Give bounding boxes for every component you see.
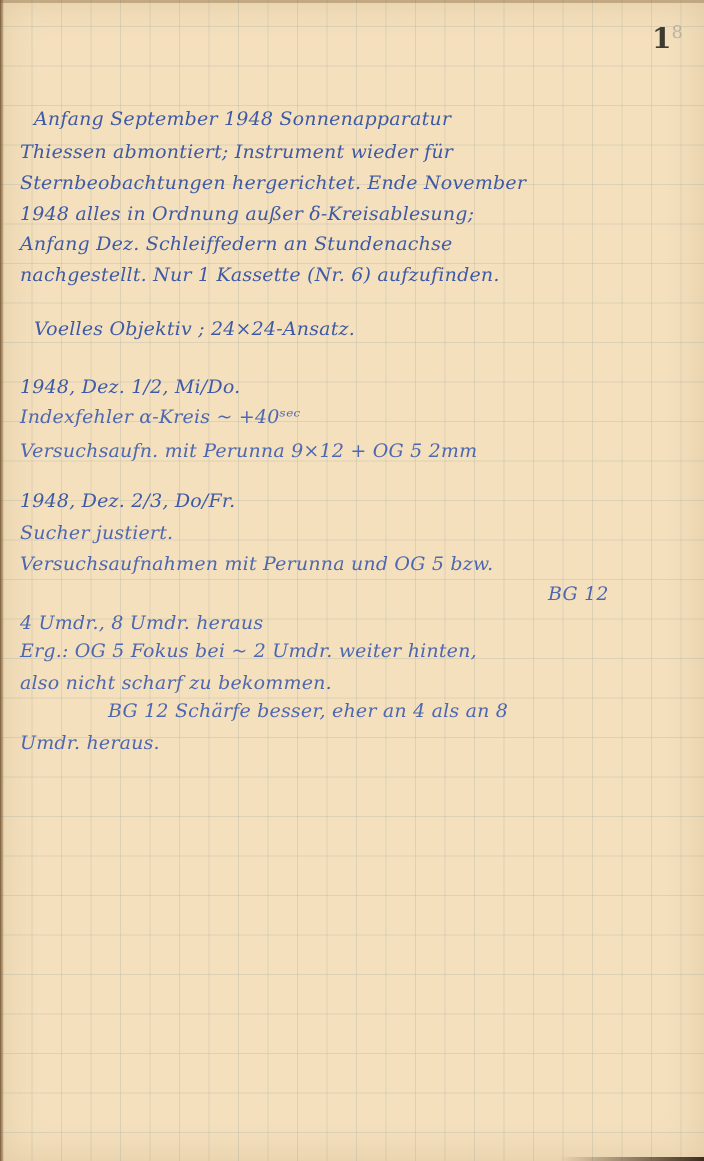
note-line: Indexfehler α-Kreis ~ +40ˢᵉᶜ (20, 406, 301, 428)
note-line: 1948 alles in Ordnung außer δ-Kreisables… (20, 203, 474, 225)
note-line: BG 12 (548, 583, 609, 605)
objective-note: Voelles Objektiv ; 24×24-Ansatz. (34, 318, 355, 340)
note-line: Versuchsaufnahmen mit Perunna und OG 5 b… (20, 553, 493, 575)
note-line: also nicht scharf zu bekommen. (20, 672, 332, 694)
note-line: Umdr. heraus. (20, 732, 160, 754)
note-line: Anfang Dez. Schleiffedern an Stundenachs… (20, 233, 452, 255)
note-line: Thiessen abmontiert; Instrument wieder f… (20, 141, 453, 163)
note-line: Versuchsaufn. mit Perunna 9×12 + OG 5 2m… (20, 440, 477, 462)
note-line: Sternbeobachtungen hergerichtet. Ende No… (20, 172, 526, 194)
note-line: Sucher justiert. (20, 522, 173, 544)
entry-date: 1948, Dez. 1/2, Mi/Do. (20, 376, 240, 398)
note-line: Erg.: OG 5 Fokus bei ~ 2 Umdr. weiter hi… (20, 640, 477, 662)
note-line: nachgestellt. Nur 1 Kassette (Nr. 6) auf… (20, 264, 500, 286)
note-line: 4 Umdr., 8 Umdr. heraus (20, 612, 263, 634)
note-line: Anfang September 1948 Sonnenapparatur (34, 108, 451, 130)
entry-date: 1948, Dez. 2/3, Do/Fr. (20, 490, 235, 512)
notebook-page: 18 Anfang September 1948 Sonnenapparatur… (0, 0, 704, 1161)
page-number: 18 (652, 22, 683, 55)
page-number-digit: 1 (652, 22, 671, 55)
page-bottom-shadow (560, 1157, 704, 1161)
note-line: BG 12 Schärfe besser, eher an 4 als an 8 (108, 700, 508, 722)
page-top-edge (0, 0, 704, 3)
page-binding-edge (0, 0, 4, 1161)
page-number-faint: 8 (671, 22, 682, 43)
